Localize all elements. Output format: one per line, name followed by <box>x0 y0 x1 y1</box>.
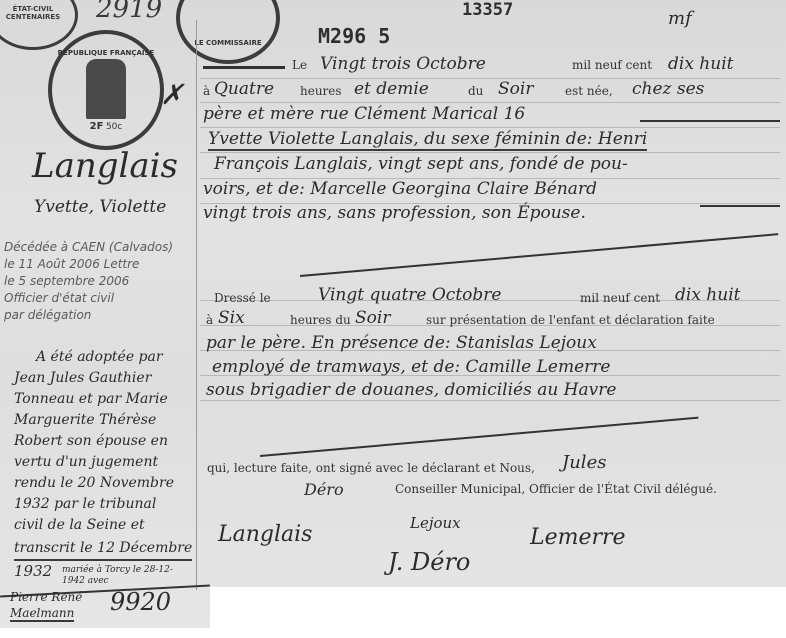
ruled-line <box>200 127 780 128</box>
death-note-line: Officier d'état civil <box>4 291 173 305</box>
cross-mark-icon: ✗ <box>160 78 183 111</box>
birth-line3: père et mère rue Clément Marical 16 <box>203 104 525 124</box>
birth-a-label: à <box>203 84 210 98</box>
closing-stroke <box>300 233 778 277</box>
declaration-soir: Soir <box>355 308 390 328</box>
fiscal-stamp-value-top: 2F <box>90 121 104 132</box>
stamp-line1: ÉTAT-CIVIL <box>0 5 75 13</box>
adoption-line: Jean Jules Gauthier <box>14 368 192 389</box>
birth-heures-label: heures <box>300 84 342 98</box>
round-seal: LE COMMISSAIRE <box>176 0 280 64</box>
adoption-note: A été adoptée par Jean Jules Gauthier To… <box>14 347 192 582</box>
birth-year: dix huit <box>668 54 733 74</box>
signature: Langlais <box>218 522 312 547</box>
ruled-line <box>200 102 780 103</box>
adoption-line: Marguerite Thérèse <box>14 410 192 431</box>
stamp-number: 13357 <box>462 0 513 20</box>
leader-dash <box>700 205 780 207</box>
death-note-line: par délégation <box>4 308 173 322</box>
closing-stroke <box>260 417 699 457</box>
birth-du-label: du <box>468 84 483 98</box>
birth-line7: vingt trois ans, sans profession, son Ép… <box>203 203 586 223</box>
adoption-line: Tonneau et par Marie <box>14 389 192 410</box>
ruled-line <box>200 152 780 153</box>
declaration-year-label: mil neuf cent <box>580 291 660 305</box>
adoption-line: rendu le 20 Novembre <box>14 473 192 494</box>
death-note: Décédée à CAEN (Calvados) le 11 Août 200… <box>4 240 173 322</box>
scan-blank-area <box>210 587 786 638</box>
officer-title: Conseiller Municipal, Officier de l'État… <box>395 482 717 496</box>
top-right-mark: mf <box>668 8 692 29</box>
birth-date: Vingt trois Octobre <box>320 54 486 74</box>
fiscal-stamp-value-bottom: 50c <box>106 122 122 132</box>
document-scan: ÉTAT-CIVIL CENTENAIRES 2919 RÉPUBLIQUE F… <box>0 0 786 638</box>
birth-hour: Quatre <box>214 79 274 99</box>
birth-soir: Soir <box>498 79 533 99</box>
signature: Lemerre <box>530 525 626 550</box>
adoption-line: vertu d'un jugement <box>14 452 192 473</box>
civil-status-stamp: ÉTAT-CIVIL CENTENAIRES <box>0 0 78 50</box>
declaration-a-label: à <box>206 313 213 327</box>
birth-demie: et demie <box>354 79 429 99</box>
birth-line5: François Langlais, vingt sept ans, fondé… <box>214 154 628 174</box>
act-number: M296 5 <box>318 24 390 48</box>
adoption-line: civil de la Seine et <box>14 515 192 536</box>
marianne-figure-icon <box>86 59 126 119</box>
scan-blank-area <box>0 628 210 638</box>
declaration-hour: Six <box>218 308 245 328</box>
death-note-line: le 11 Août 2006 Lettre <box>4 257 173 271</box>
declaration-line5: sous brigadier de douanes, domiciliés au… <box>206 380 616 400</box>
round-seal-text: LE COMMISSAIRE <box>194 39 261 47</box>
leader-dash <box>203 66 285 69</box>
birth-chez: chez ses <box>632 79 704 99</box>
marriage-spouse-line: Pierre René <box>10 590 82 604</box>
margin-surname: Langlais <box>32 146 178 186</box>
birth-line6: voirs, et de: Marcelle Georgina Claire B… <box>203 179 597 199</box>
birth-year-label: mil neuf cent <box>572 58 652 72</box>
birth-line4: Yvette Violette Langlais, du sexe fémini… <box>208 129 647 151</box>
marriage-spouse-line: Maelmann <box>10 606 74 622</box>
margin-rule <box>196 20 197 590</box>
dresse-label: Dressé le <box>214 291 271 305</box>
register-number: 2919 <box>96 0 162 24</box>
birth-nee-label: est née, <box>565 84 613 98</box>
declaration-line4: employé de tramways, et de: Camille Leme… <box>212 357 610 377</box>
leader-dash <box>640 120 780 122</box>
ruled-line <box>200 400 780 401</box>
declaration-date: Vingt quatre Octobre <box>318 285 501 305</box>
marriage-note: mariée à Torcy le 28-12-1942 avec <box>62 565 192 587</box>
declaration-year: dix huit <box>675 285 740 305</box>
signature: J. Déro <box>388 548 470 576</box>
adoption-line: A été adoptée par <box>14 347 192 368</box>
signature: Lejoux <box>410 514 461 532</box>
death-note-line: Décédée à CAEN (Calvados) <box>4 240 173 254</box>
fiscal-stamp-text: RÉPUBLIQUE FRANÇAISE <box>58 49 155 57</box>
declaration-line3: par le père. En présence de: Stanislas L… <box>206 333 597 353</box>
closing-name: Jules <box>562 452 606 473</box>
closing-name-2: Déro <box>304 480 344 499</box>
closing-text: qui, lecture faite, ont signé avec le dé… <box>207 461 535 475</box>
fiscal-stamp: RÉPUBLIQUE FRANÇAISE 2F 50c <box>48 30 164 150</box>
margin-given-names: Yvette, Violette <box>34 197 166 217</box>
stamp-line2: CENTENAIRES <box>0 13 75 21</box>
death-note-line: le 5 septembre 2006 <box>4 274 173 288</box>
declaration-heures-label: heures du <box>290 313 351 327</box>
adoption-line: 1932 par le tribunal <box>14 494 192 515</box>
declaration-presentation: sur présentation de l'enfant et déclarat… <box>426 313 715 327</box>
marriage-number: 9920 <box>110 588 171 616</box>
adoption-line: Robert son épouse en <box>14 431 192 452</box>
birth-le-label: Le <box>292 58 307 72</box>
adoption-line: transcrit le 12 Décembre <box>14 538 192 561</box>
